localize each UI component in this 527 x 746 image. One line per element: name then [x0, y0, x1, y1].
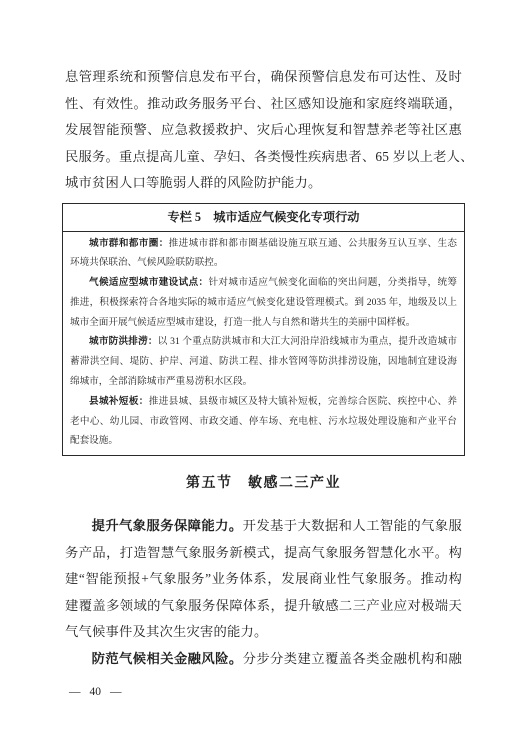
- panel-line: 绵城市，全部消除城市严重易涝积水区段。: [70, 372, 457, 392]
- panel-item-lead: 气候适应型城市建设试点：: [89, 277, 208, 288]
- panel-line: 城市防洪排涝：以 31 个重点防洪城市和大江大河沿岸沿线城市为重点，提升改造城市: [70, 332, 457, 352]
- page-footer: —40—: [69, 684, 122, 700]
- footer-dash-right: —: [110, 684, 122, 700]
- panel-item-text: 推进城市群和都市圈基础设施互联互通、公共服务互认互享、生态: [169, 238, 457, 249]
- panel-item-text: 针对城市适应气候变化面临的突出问题，分类指导，统筹: [208, 277, 457, 288]
- paragraph-weather-service: 提升气象服务保障能力。开发基于大数据和人工智能的气象服 务产品，打造智慧气象服务…: [65, 513, 462, 646]
- intro-line: 发展智能预警、应急救援救护、灾后心理恢复和智慧养老等社区惠: [65, 117, 462, 144]
- intro-line: 息管理系统和预警信息发布平台，确保预警信息发布可达性、及时: [65, 64, 462, 91]
- panel-line: 配套设施。: [70, 431, 457, 451]
- intro-paragraph: 息管理系统和预警信息发布平台，确保预警信息发布可达性、及时 性、有效性。推动政务…: [65, 64, 462, 197]
- panel-line: 城市全面开展气候适应型城市建设，打造一批人与自然和谐共生的美丽中国样板。: [70, 313, 457, 333]
- column-panel: 专栏 5 城市适应气候变化专项行动 城市群和都市圈：推进城市群和都市圈基础设施互…: [62, 203, 465, 457]
- document-page: 息管理系统和预警信息发布平台，确保预警信息发布可达性、及时 性、有效性。推动政务…: [0, 0, 527, 746]
- panel-line: 环境共保联治、气候风险联防联控。: [70, 253, 457, 273]
- panel-item: 城市防洪排涝：以 31 个重点防洪城市和大江大河沿岸沿线城市为重点，提升改造城市…: [70, 332, 457, 391]
- intro-line: 城市贫困人口等脆弱人群的风险防护能力。: [65, 170, 462, 197]
- paragraph-financial-risk: 防范气候相关金融风险。分步分类建立覆盖各类金融机构和融: [65, 646, 462, 673]
- body-line: 务产品，打造智慧气象服务新模式，提高气象服务智慧化水平。构: [65, 540, 462, 567]
- panel-line: 城市群和都市圈：推进城市群和都市圈基础设施互联互通、公共服务互认互享、生态: [70, 234, 457, 254]
- panel-line: 老中心、幼儿园、市政管网、市政交通、停车场、充电桩、污水垃圾处理设施和产业平台: [70, 412, 457, 432]
- panel-line: 蓄滞洪空间、堤防、护岸、河道、防洪工程、排水管网等防洪排涝设施，因地制宜建设海: [70, 352, 457, 372]
- panel-line: 气候适应型城市建设试点：针对城市适应气候变化面临的突出问题，分类指导，统筹: [70, 273, 457, 293]
- paragraph-text: 分步分类建立覆盖各类金融机构和融: [243, 651, 462, 666]
- intro-line: 民服务。重点提高儿童、孕妇、各类慢性疾病患者、65 岁以上老人、: [65, 144, 462, 171]
- panel-item-lead: 县城补短板：: [89, 396, 149, 407]
- panel-title: 专栏 5 城市适应气候变化专项行动: [63, 204, 464, 232]
- page-content: 息管理系统和预警信息发布平台，确保预警信息发布可达性、及时 性、有效性。推动政务…: [65, 64, 462, 672]
- panel-item-lead: 城市群和都市圈：: [89, 238, 169, 249]
- panel-item: 城市群和都市圈：推进城市群和都市圈基础设施互联互通、公共服务互认互享、生态 环境…: [70, 234, 457, 274]
- body-line: 气气候事件及其次生灾害的能力。: [65, 619, 462, 646]
- page-number: 40: [90, 684, 102, 700]
- paragraph-lead: 防范气候相关金融风险。: [92, 651, 243, 666]
- intro-line: 性、有效性。推动政务服务平台、社区感知设施和家庭终端联通，: [65, 91, 462, 118]
- panel-line: 县城补短板：推进县城、县级市城区及特大镇补短板，完善综合医院、疾控中心、养: [70, 392, 457, 412]
- panel-line: 推进，积极探索符合各地实际的城市适应气候变化建设管理模式。到 2035 年，地级…: [70, 293, 457, 313]
- body-line: 建覆盖多领域的气象服务保障体系，提升敏感二三产业应对极端天: [65, 593, 462, 620]
- body-line: 防范气候相关金融风险。分步分类建立覆盖各类金融机构和融: [65, 646, 462, 673]
- body-line: 提升气象服务保障能力。开发基于大数据和人工智能的气象服: [65, 513, 462, 540]
- footer-dash-left: —: [69, 684, 81, 700]
- section-heading: 第五节 敏感二三产业: [65, 473, 462, 494]
- paragraph-text: 开发基于大数据和人工智能的气象服: [243, 518, 462, 533]
- panel-item-text: 推进县城、县级市城区及特大镇补短板，完善综合医院、疾控中心、养: [149, 396, 457, 407]
- panel-item: 气候适应型城市建设试点：针对城市适应气候变化面临的突出问题，分类指导，统筹 推进…: [70, 273, 457, 332]
- panel-item: 县城补短板：推进县城、县级市城区及特大镇补短板，完善综合医院、疾控中心、养 老中…: [70, 392, 457, 451]
- panel-item-lead: 城市防洪排涝：: [89, 336, 158, 347]
- panel-body: 城市群和都市圈：推进城市群和都市圈基础设施互联互通、公共服务互认互享、生态 环境…: [63, 232, 464, 456]
- paragraph-lead: 提升气象服务保障能力。: [92, 518, 243, 533]
- panel-item-text: 以 31 个重点防洪城市和大江大河沿岸沿线城市为重点，提升改造城市: [158, 336, 457, 347]
- body-line: 建“智能预报+气象服务”业务体系，发展商业性气象服务。推动构: [65, 566, 462, 593]
